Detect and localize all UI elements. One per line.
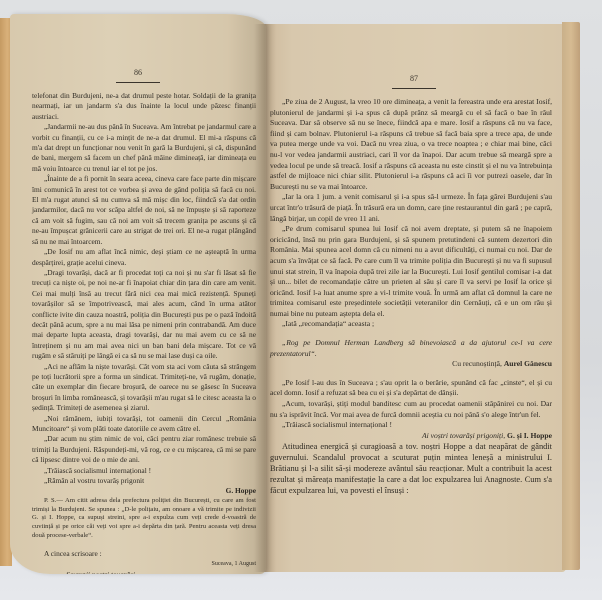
page-number-rule [392,88,436,89]
signature-name: Aurel Gănescu [504,359,552,368]
page-number-left: 86 [10,68,266,77]
paragraph: „Dragi tovarăși, dacă ar fi procedat toț… [32,268,256,362]
paragraph: „Noi rămânem, iubiți tovarăși, tot oamen… [32,414,256,435]
page-number-right: 87 [262,74,566,83]
closing-signature: Ai voștri tovarăși prigoniți, G. și I. H… [270,431,552,442]
closing-signers: G. și I. Hoppe [507,431,552,440]
paragraph: „Pe ziua de 2 August, la vreo 10 ore dim… [270,97,552,192]
right-page: 87 „Pe ziua de 2 August, la vreo 10 ore … [262,24,566,572]
postscript: P. S.— Am citit adresa dela prefectura p… [32,497,256,541]
open-book: 87 „Pe ziua de 2 August, la vreo 10 ore … [0,0,602,600]
right-page-text: „Pe ziua de 2 August, la vreo 10 ore dim… [262,97,566,496]
recommendation-quote: „Rog pe Domnul Herman Landberg să binevo… [270,338,552,359]
left-page-text: telefonat din Burdujeni, ne-a dat drumul… [10,91,266,574]
paragraph: „Înainte de a fi pornit în seara aceea, … [32,174,256,247]
final-paragraph: Atitudinea energică și curagioasă a tov.… [270,441,552,496]
paragraph: „Iar la ora 1 jum. a venit comisarul și … [270,192,552,224]
book-right-edge [562,22,580,570]
paragraph: „Trăiască socialismul internațional ! [270,420,552,431]
paragraph: „Rămân al vostru tovarăș prigonit [32,476,256,486]
paragraph: „Jandarmii ne-au dus până în Suceava. Am… [32,122,256,174]
paragraph: „Trăiască socialismul internațional ! [32,466,256,476]
recommendation-signature: Cu recunoștință, Aurel Gănescu [270,359,552,370]
letter-signature: G. Hoppe [32,486,256,496]
paragraph: „Iată „recomandația“ aceasta ; [270,319,552,330]
paragraph: „Acum, tovarăși, știți modul banditesc c… [270,399,552,420]
salutation: „Scumpii noștri tovarăși, [32,570,256,574]
paragraph: „Pe Iosif l-au dus în Suceava ; s'au opr… [270,378,552,399]
paragraph: „Dar acum nu știm nimic de voi, căci pen… [32,434,256,465]
paragraph: telefonat din Burdujeni, ne-a dat drumul… [32,91,256,122]
signature-prefix: Cu recunoștință, [452,359,502,368]
closing-prefix: Ai voștri tovarăși prigoniți, [422,431,505,440]
paragraph: „Aci ne aflăm la niște tovarăși. Cât vom… [32,362,256,414]
paragraph: „De Iosif nu am aflat încă nimic, deși ș… [32,247,256,268]
page-number-rule [116,82,160,83]
dateline: Suceava, 1 August [32,559,256,569]
left-page: 86 telefonat din Burdujeni, ne-a dat dru… [10,14,266,574]
section-heading: A cincea scrisoare : [32,549,256,559]
paragraph: „Pe drum comisarul spunea lui Iosif că n… [270,224,552,319]
